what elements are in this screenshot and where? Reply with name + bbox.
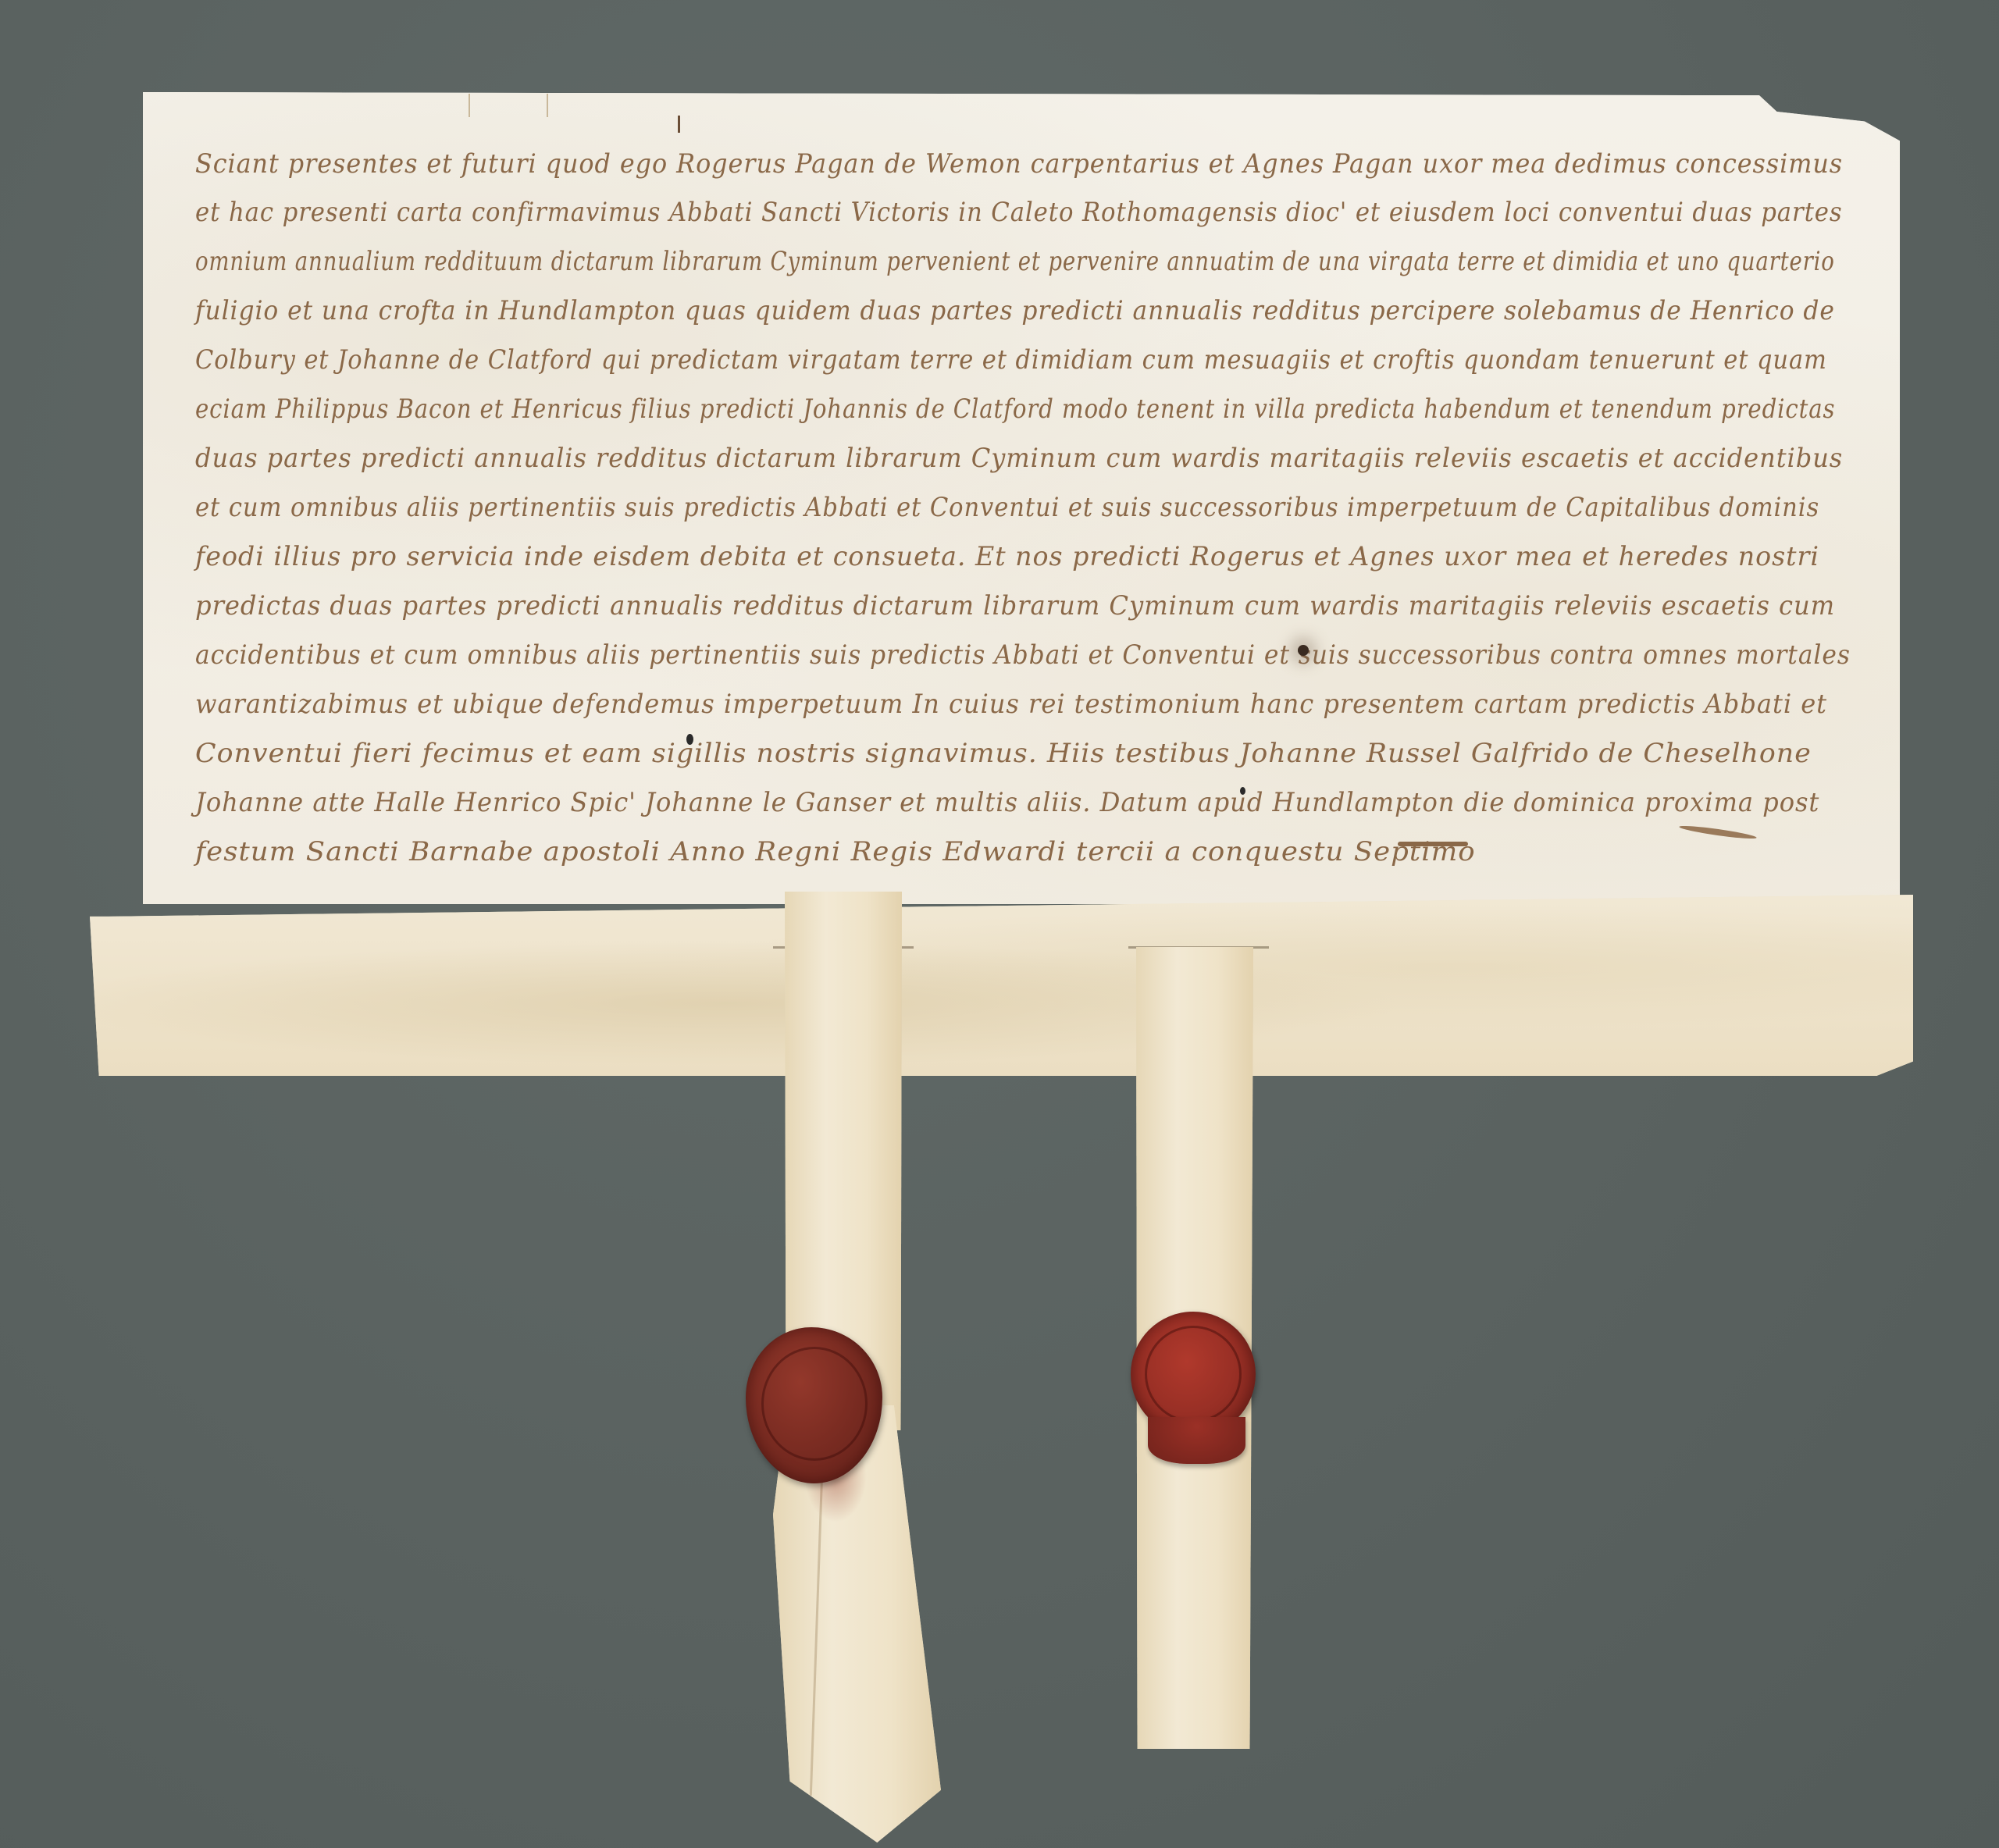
- ruling-mark: [547, 94, 548, 117]
- charter-line: Colbury et Johanne de Clatford qui predi…: [195, 344, 1827, 376]
- ink-stain: [1240, 787, 1245, 795]
- plica-fold: [90, 895, 1913, 1076]
- ink-stain: [1298, 645, 1309, 656]
- charter-line: eciam Philippus Bacon et Henricus filius…: [195, 393, 1835, 425]
- charter-line: predictas duas partes predicti annualis …: [195, 590, 1835, 621]
- charter-line: warantizabimus et ubique defendemus impe…: [195, 689, 1827, 720]
- charter-line: feodi illius pro servicia inde eisdem de…: [195, 541, 1819, 572]
- charter-line: fuligio et una crofta in Hundlampton qua…: [195, 295, 1835, 326]
- right-seal-base: [1148, 1417, 1245, 1464]
- charter-line: duas partes predicti annualis redditus d…: [195, 443, 1843, 474]
- charter-line: Conventui fieri fecimus et eam sigillis …: [195, 738, 1812, 769]
- charter-line: festum Sancti Barnabe apostoli Anno Regn…: [195, 836, 1476, 867]
- ink-mark: [678, 116, 680, 133]
- closing-flourish: [1398, 842, 1468, 846]
- charter-line: et hac presenti carta confirmavimus Abba…: [195, 197, 1843, 228]
- charter-line: Johanne atte Halle Henrico Spic' Johanne…: [195, 787, 1819, 818]
- charter-line: et cum omnibus aliis pertinentiis suis p…: [195, 492, 1819, 523]
- charter-line: Sciant presentes et futuri quod ego Roge…: [195, 148, 1843, 180]
- seal-impression-ring: [1145, 1326, 1242, 1422]
- ink-stain: [686, 734, 693, 745]
- seal-impression-ring: [761, 1347, 868, 1461]
- charter-line: accidentibus et cum omnibus aliis pertin…: [195, 639, 1851, 671]
- ruling-mark: [469, 94, 470, 117]
- charter-line: omnium annualium reddituum dictarum libr…: [195, 246, 1835, 277]
